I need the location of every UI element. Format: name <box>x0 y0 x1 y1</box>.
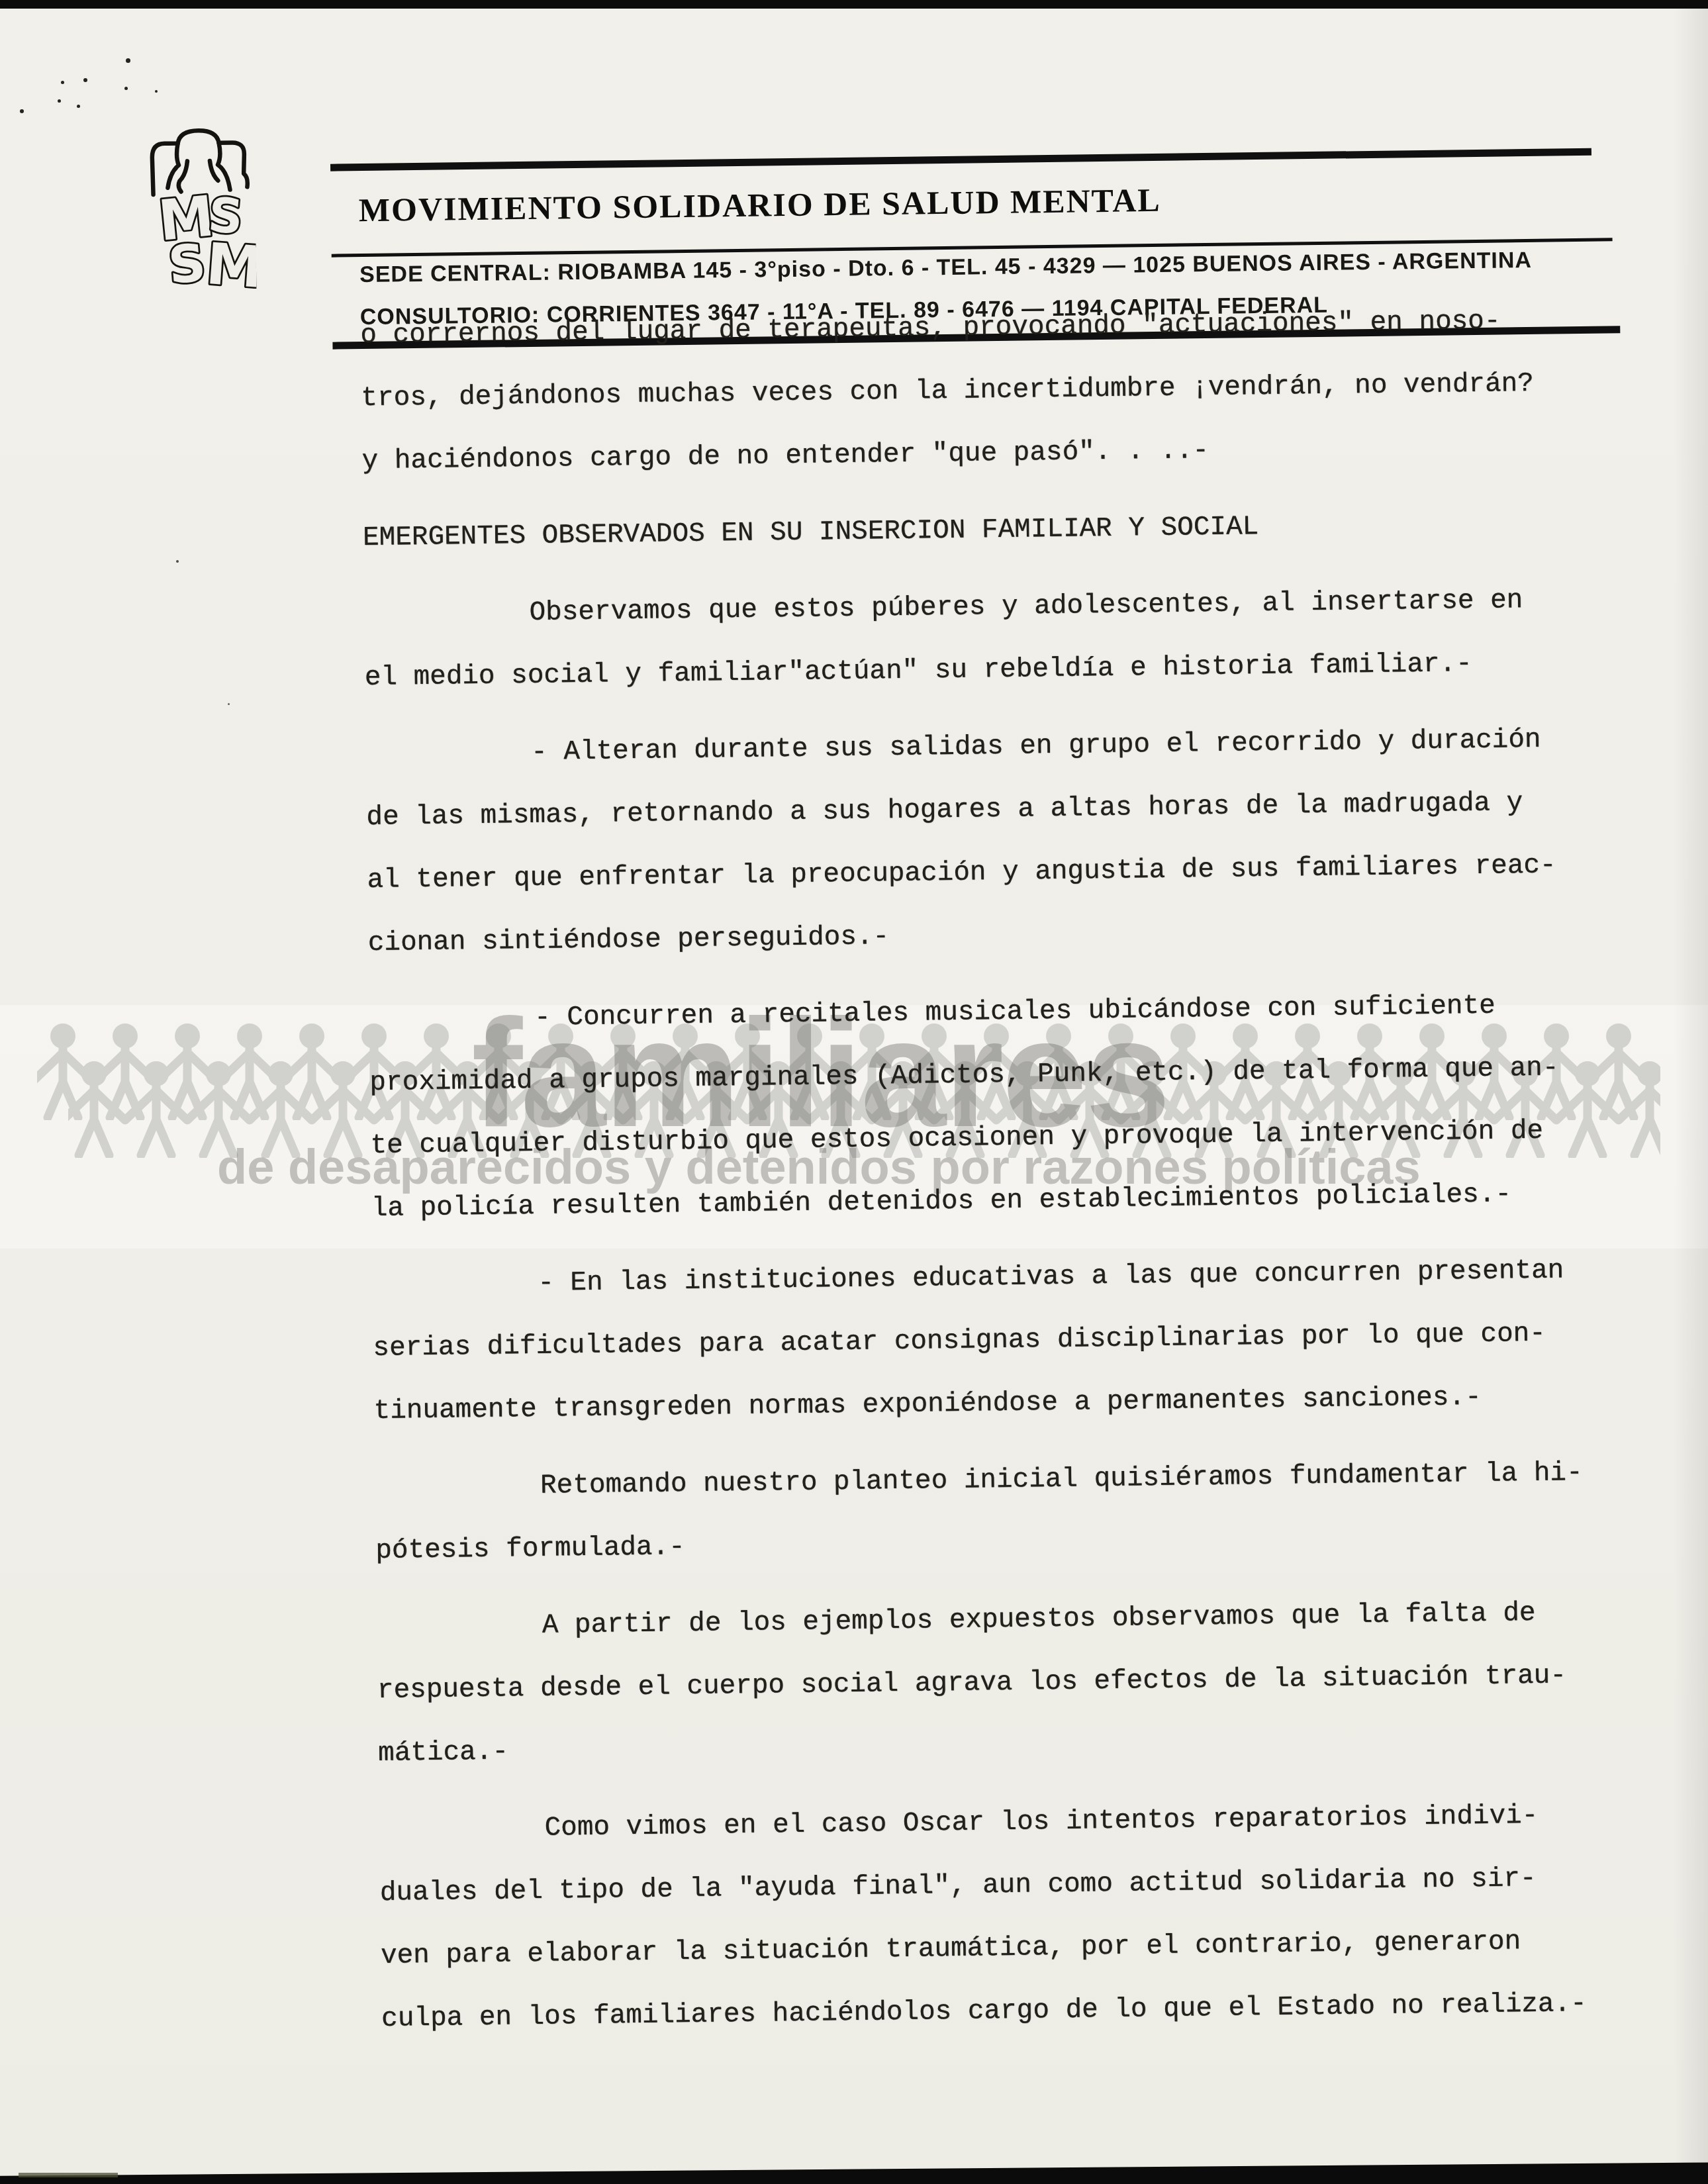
dust-speck <box>124 87 128 90</box>
dust-speck <box>176 560 179 563</box>
dust-speck <box>126 58 130 63</box>
dust-speck <box>83 78 87 82</box>
scan-top-bar <box>0 0 1708 9</box>
paragraph: - En las instituciones educativas a las … <box>372 1239 1605 1443</box>
dust-speck <box>58 99 61 103</box>
dust-speck <box>77 105 80 108</box>
logo-letter-m2: M <box>204 231 256 290</box>
msm-logo-icon: M S S M <box>142 122 256 290</box>
section-heading: EMERGENTES OBSERVADOS EN SU INSERCION FA… <box>363 492 1595 570</box>
paragraph: - Concurren a recitales musicales ubicán… <box>369 974 1603 1241</box>
dust-speck <box>228 703 230 705</box>
org-name: MOVIMIENTO SOLIDARIO DE SALUD MENTAL <box>359 181 1162 229</box>
letterhead-rule-top <box>330 148 1591 171</box>
document-body: o corrernos del lugar de terapeutas, pro… <box>360 289 1613 2065</box>
dust-speck <box>61 81 64 84</box>
paragraph: A partir de los ejemplos expuestos obser… <box>376 1582 1609 1785</box>
paragraph: Retomando nuestro planteo inicial quisié… <box>375 1442 1607 1583</box>
logo-letter-s2: S <box>166 234 208 291</box>
paragraph: o corrernos del lugar de terapeutas, pro… <box>360 289 1593 493</box>
dust-speck <box>155 90 158 93</box>
dust-speck <box>20 109 24 113</box>
paragraph: Como vimos en el caso Oscar los intentos… <box>379 1784 1613 2051</box>
paragraph: Observamos que estos púberes y adolescen… <box>363 569 1596 710</box>
scan-content: M S S M MOVIMIENTO SOLIDARIO DE SALUD ME… <box>0 0 1708 2184</box>
scan-edge-shadow <box>1674 0 1708 2184</box>
scan-bottom-artifact <box>19 2173 118 2177</box>
scanned-page: familiares de desaparecidos y detenidos … <box>0 0 1708 2184</box>
paragraph: - Alteran durante sus salidas en grupo e… <box>365 708 1600 975</box>
